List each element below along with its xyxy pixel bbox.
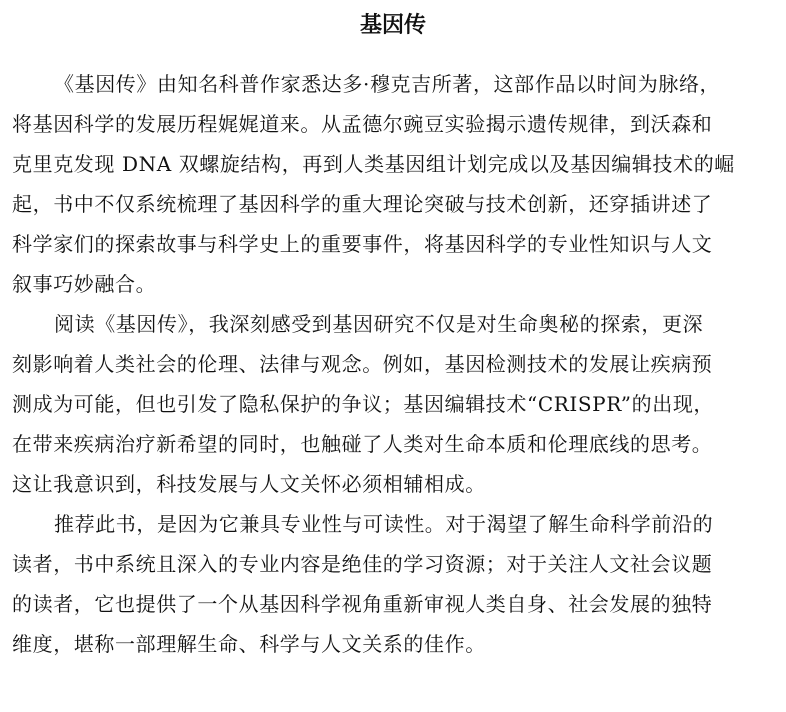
text-line: 《基因传》由知名科普作家悉达多·穆克吉所著，这部作品以时间为脉络， — [12, 64, 786, 104]
document-title: 基因传 — [0, 8, 786, 44]
text-line: 起，书中不仅系统梳理了基因科学的重大理论突破与技术创新，还穿插讲述了 — [12, 184, 786, 224]
text-line: 维度，堪称一部理解生命、科学与人文关系的佳作。 — [12, 624, 786, 664]
text-line: 的读者，它也提供了一个从基因科学视角重新审视人类自身、社会发展的独特 — [12, 584, 786, 624]
text-line: 这让我意识到，科技发展与人文关怀必须相辅相成。 — [12, 464, 786, 504]
text-line: 克里克发现 DNA 双螺旋结构，再到人类基因组计划完成以及基因编辑技术的崛 — [12, 144, 786, 184]
text-line: 推荐此书，是因为它兼具专业性与可读性。对于渴望了解生命科学前沿的 — [12, 504, 786, 544]
text-line: 读者，书中系统且深入的专业内容是绝佳的学习资源；对于关注人文社会议题 — [12, 544, 786, 584]
paragraph-1: 《基因传》由知名科普作家悉达多·穆克吉所著，这部作品以时间为脉络， 将基因科学的… — [12, 64, 786, 304]
text-line: 在带来疾病治疗新希望的同时，也触碰了人类对生命本质和伦理底线的思考。 — [12, 424, 786, 464]
document-body: 《基因传》由知名科普作家悉达多·穆克吉所著，这部作品以时间为脉络， 将基因科学的… — [12, 64, 786, 664]
text-line: 将基因科学的发展历程娓娓道来。从孟德尔豌豆实验揭示遗传规律，到沃森和 — [12, 104, 786, 144]
paragraph-2: 阅读《基因传》，我深刻感受到基因研究不仅是对生命奥秘的探索，更深 刻影响着人类社… — [12, 304, 786, 504]
text-line: 测成为可能，但也引发了隐私保护的争议；基因编辑技术“CRISPR”的出现， — [12, 384, 786, 424]
paragraph-3: 推荐此书，是因为它兼具专业性与可读性。对于渴望了解生命科学前沿的 读者，书中系统… — [12, 504, 786, 664]
text-line: 刻影响着人类社会的伦理、法律与观念。例如，基因检测技术的发展让疾病预 — [12, 344, 786, 384]
text-line: 阅读《基因传》，我深刻感受到基因研究不仅是对生命奥秘的探索，更深 — [12, 304, 786, 344]
text-line: 科学家们的探索故事与科学史上的重要事件，将基因科学的专业性知识与人文 — [12, 224, 786, 264]
text-line: 叙事巧妙融合。 — [12, 264, 786, 304]
